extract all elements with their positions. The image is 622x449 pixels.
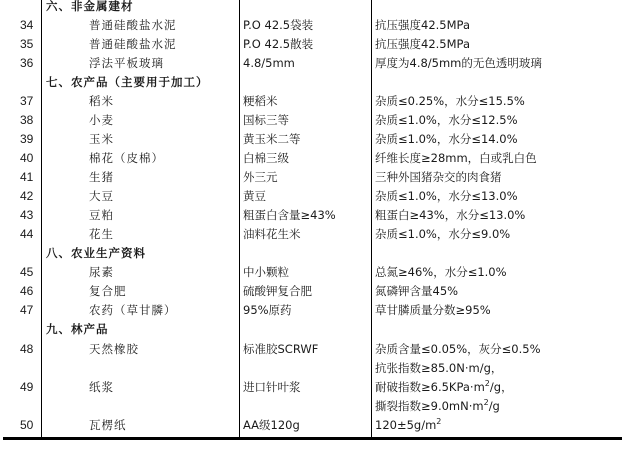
product-name: 大豆 [89, 187, 114, 206]
product-spec: 粗蛋白含量≥43% [243, 206, 336, 225]
quality-standard: 耐破指数≥6.5KPa·m2/g， 撕裂指数≥9.0mN·m2/g [375, 378, 513, 416]
row-number: 46 [20, 282, 33, 301]
row-number: 43 [20, 206, 33, 225]
superscript: 2 [436, 417, 441, 426]
standard-line: 杂质含量≤0.05%，灰分≤0.5% [375, 340, 541, 359]
product-spec: 外三元 [243, 168, 278, 187]
row-number: 45 [20, 263, 33, 282]
column-divider [41, 0, 42, 437]
product-spec: 95%原药 [243, 301, 292, 320]
product-spec: 国标三等 [243, 111, 289, 130]
product-name: 尿素 [89, 263, 114, 282]
row-number: 34 [20, 16, 33, 35]
column-divider [239, 0, 240, 437]
quality-standard: 氮磷钾含量45% [375, 282, 458, 301]
row-number: 49 [20, 378, 33, 397]
product-spec: 黄豆 [243, 187, 266, 206]
quality-standard: 草甘膦质量分数≥95% [375, 301, 491, 320]
product-spec: 中小颗粒 [243, 263, 289, 282]
standard-text: 120±5g/m [375, 418, 436, 432]
row-number: 38 [20, 111, 33, 130]
quality-standard: 120±5g/m2 [375, 416, 441, 435]
standard-text: 耐破指数≥6.5KPa·m [375, 380, 485, 394]
product-name: 浮法平板玻璃 [89, 54, 164, 73]
row-number: 40 [20, 149, 33, 168]
quality-standard: 杂质≤1.0%，水分≤9.0% [375, 225, 510, 244]
standard-line: 抗张指数≥85.0N·m/g， [375, 359, 541, 378]
product-name: 棉花（皮棉） [89, 149, 164, 168]
standard-line: 耐破指数≥6.5KPa·m2/g， [375, 378, 513, 397]
column-divider [371, 0, 372, 437]
product-name: 豆粕 [89, 206, 114, 225]
commodity-spec-table: 六、非金属建材 34 普通硅酸盐水泥 P.O 42.5袋装 抗压强度42.5MP… [3, 0, 622, 440]
row-number: 50 [20, 416, 33, 435]
quality-standard: 厚度为4.8/5mm的无色透明玻璃 [375, 54, 542, 73]
product-spec: AA级120g [243, 416, 300, 435]
product-spec: 标准胶SCRWF [243, 340, 318, 359]
category-label: 七、农产品（主要用于加工） [46, 73, 209, 92]
product-name: 纸浆 [89, 378, 114, 397]
row-number: 48 [20, 340, 33, 359]
product-name: 稻米 [89, 92, 114, 111]
quality-standard: 抗压强度42.5MPa [375, 35, 470, 54]
row-number: 39 [20, 130, 33, 149]
product-name: 复合肥 [89, 282, 127, 301]
product-name: 生猪 [89, 168, 114, 187]
row-number: 47 [20, 301, 33, 320]
row-number: 37 [20, 92, 33, 111]
standard-suffix: /g， [490, 380, 513, 394]
product-spec: P.O 42.5袋装 [243, 16, 313, 35]
product-name: 小麦 [89, 111, 114, 130]
product-name: 玉米 [89, 130, 114, 149]
product-name: 花生 [89, 225, 114, 244]
product-name: 农药（草甘膦） [89, 301, 177, 320]
row-number: 36 [20, 54, 33, 73]
quality-standard: 杂质≤1.0%，水分≤12.5% [375, 111, 518, 130]
quality-standard: 杂质≤1.0%，水分≤13.0% [375, 187, 518, 206]
product-name: 瓦楞纸 [89, 416, 127, 435]
standard-line: 撕裂指数≥9.0mN·m2/g [375, 397, 513, 416]
category-label: 六、非金属建材 [46, 0, 134, 16]
product-name: 天然橡胶 [89, 340, 139, 359]
row-number: 44 [20, 225, 33, 244]
row-number: 35 [20, 35, 33, 54]
product-spec: 粳稻米 [243, 92, 278, 111]
product-name: 普通硅酸盐水泥 [89, 35, 177, 54]
category-label: 八、农业生产资料 [46, 244, 146, 263]
standard-suffix: /g [489, 399, 500, 413]
quality-standard: 杂质≤0.25%，水分≤15.5% [375, 92, 525, 111]
product-spec: 白棉三级 [243, 149, 289, 168]
row-number: 41 [20, 168, 33, 187]
row-number: 42 [20, 187, 33, 206]
quality-standard: 三种外国猪杂交的肉食猪 [375, 168, 502, 187]
product-spec: 4.8/5mm [243, 54, 295, 73]
product-spec: 黄玉米二等 [243, 130, 301, 149]
quality-standard: 抗压强度42.5MPa [375, 16, 470, 35]
product-spec: P.O 42.5散装 [243, 35, 313, 54]
quality-standard: 粗蛋白≥43%，水分≤13.0% [375, 206, 525, 225]
category-label: 九、林产品 [46, 320, 109, 339]
product-spec: 油料花生米 [243, 225, 301, 244]
quality-standard: 杂质含量≤0.05%，灰分≤0.5% 抗张指数≥85.0N·m/g， [375, 340, 541, 378]
product-name: 普通硅酸盐水泥 [89, 16, 177, 35]
product-spec: 进口针叶浆 [243, 378, 301, 397]
quality-standard: 纤维长度≥28mm，白或乳白色 [375, 149, 537, 168]
product-spec: 硫酸钾复合肥 [243, 282, 312, 301]
standard-text: 撕裂指数≥9.0mN·m [375, 399, 484, 413]
quality-standard: 总氮≥46%，水分≤1.0% [375, 263, 507, 282]
quality-standard: 杂质≤1.0%，水分≤14.0% [375, 130, 518, 149]
